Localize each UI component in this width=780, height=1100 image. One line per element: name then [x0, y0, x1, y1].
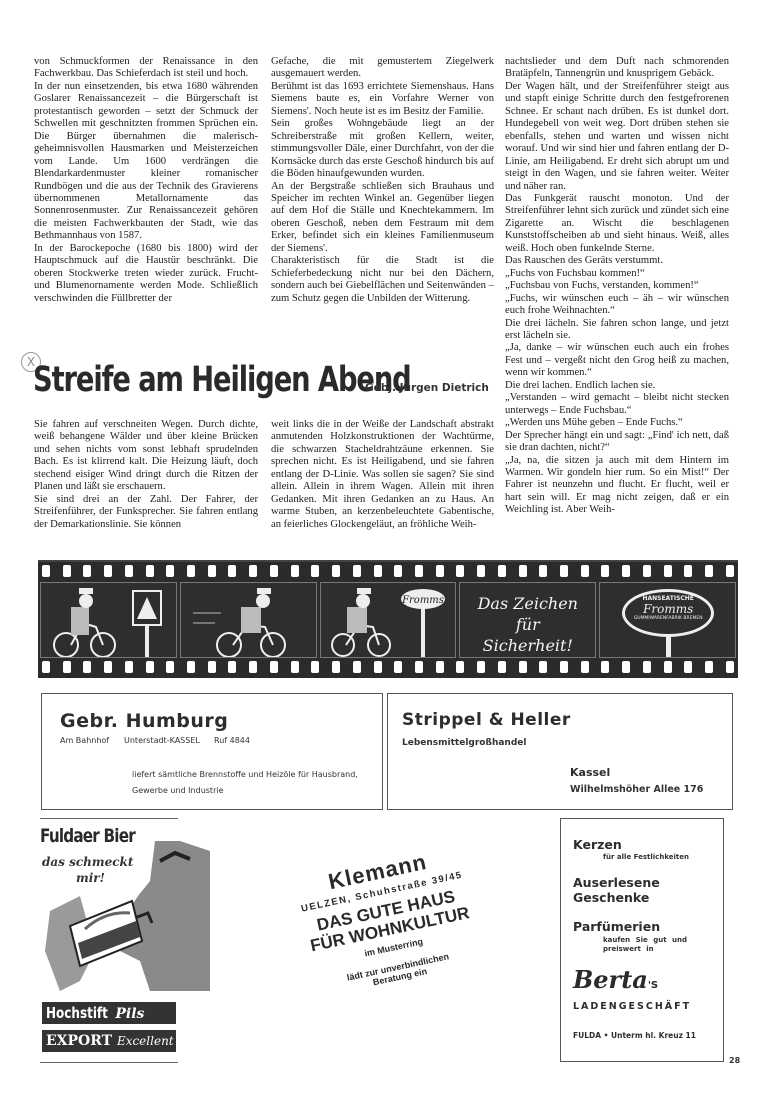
ad-item-1-sub: für alle Festlichkeiten	[603, 853, 689, 861]
paragraph: „Fuchs, wir wünschen euch – äh – wir wün…	[505, 293, 729, 318]
fromms-logo-oval: HANSEATISCHE Fromms GUMMIWARENFABRIK BRE…	[622, 589, 714, 637]
paragraph: Sein großes Wohngebäude liegt an der Sch…	[271, 118, 494, 180]
klemann-ad: Klemann UELZEN, Schuhstraße 39/45 DAS GU…	[218, 818, 548, 1063]
story-byline: Gobj. Jürgen Dietrich	[365, 382, 489, 394]
paragraph: Der Sprecher hängt ein und sagt: „Find' …	[505, 430, 729, 455]
ad-address-2: Unterstadt-KASSEL	[124, 736, 200, 745]
paragraph: nachtslieder und dem Duft nach schmorend…	[505, 56, 729, 81]
cyclist-illustration-icon	[41, 583, 177, 658]
paragraph: Gefache, die mit gemustertem Ziegelwerk …	[271, 56, 494, 81]
ad-description-2: Gewerbe und Industrie	[132, 786, 224, 795]
paragraph: In der Barockepoche (1680 bis 1800) wird…	[34, 243, 258, 305]
cyclist-illustration-icon	[181, 583, 317, 658]
article-column-1: von Schmuckformen der Renaissance in den…	[34, 56, 258, 305]
paragraph: Sie fahren auf verschneiten Wegen. Durch…	[34, 419, 258, 494]
fromms-slogan: Das Zeichen für Sicherheit!	[460, 593, 595, 656]
paragraph: Der Wagen hält, und der Streifenführer s…	[505, 81, 729, 193]
beer-drinker-illustration-icon	[40, 841, 210, 991]
film-sprockets-top	[38, 565, 738, 579]
ad-item-3: Parfümerien	[573, 919, 660, 934]
ad-item-2: Auserlesene Geschenke	[573, 875, 660, 905]
cyclist-illustration-icon: Fromms	[321, 583, 457, 658]
paragraph: Die drei lächeln. Sie fahren schon lange…	[505, 318, 729, 343]
frame-cyclist-riding	[180, 582, 317, 658]
frame-cyclist-warning-sign	[40, 582, 177, 658]
ad-item-1: Kerzen	[573, 837, 622, 852]
page-number: 28	[729, 1056, 740, 1065]
frame-slogan: Das Zeichen für Sicherheit!	[459, 582, 596, 658]
ad-item-3-sub: kaufen Sie gut und preiswert in	[603, 936, 687, 954]
ad-description-1: liefert sämtliche Brennstoffe und Heizöl…	[132, 770, 358, 779]
paragraph: von Schmuckformen der Renaissance in den…	[34, 56, 258, 81]
story-headline: Streife am Heiligen Abend	[33, 360, 411, 400]
export-excellent-band: EXPORT Excellent	[42, 1030, 176, 1052]
ad-company-name: Gebr. Humburg	[60, 710, 228, 732]
paragraph: Berühmt ist das 1693 errichtete Siemensh…	[271, 81, 494, 118]
bertas-ad: Kerzen für alle Festlichkeiten Auserlese…	[560, 818, 724, 1062]
humburg-ad: Gebr. Humburg Am Bahnhof Unterstadt-KASS…	[41, 693, 383, 810]
story-column-2: weit links die in der Weiße der Landscha…	[271, 419, 494, 531]
paragraph: Das Funkgerät rauscht monoton. Und der S…	[505, 193, 729, 255]
paragraph: Das Rauschen des Geräts verstummt.	[505, 255, 729, 267]
story-column-1: Sie fahren auf verschneiten Wegen. Durch…	[34, 419, 258, 531]
paragraph: An der Bergstraße schließen sich Brauhau…	[271, 181, 494, 256]
sign-post	[666, 637, 671, 658]
ad-city: Kassel	[570, 766, 610, 779]
klemann-rotated-block: Klemann UELZEN, Schuhstraße 39/45 DAS GU…	[258, 834, 519, 1006]
paragraph: Sie sind drei an der Zahl. Der Fahrer, d…	[34, 494, 258, 531]
paragraph: „Fuchsbau von Fuchs, verstanden, kommen!…	[505, 280, 729, 292]
ad-phone: Ruf 4844	[214, 736, 250, 745]
ad-store: LADENGESCHÄFT	[573, 1001, 691, 1012]
strippel-heller-ad: Strippel & Heller Lebensmittelgroßhandel…	[387, 693, 733, 810]
ad-street: Wilhelmshöher Allee 176	[570, 784, 703, 795]
story-header: X Streife am Heiligen Abend Gobj. Jürgen…	[33, 358, 733, 408]
ad-address-1: Am Bahnhof	[60, 736, 109, 745]
frame-fromms-logo: HANSEATISCHE Fromms GUMMIWARENFABRIK BRE…	[599, 582, 736, 658]
paragraph: weit links die in der Weiße der Landscha…	[271, 419, 494, 531]
ad-invite-2: Beratung ein	[282, 947, 519, 1007]
paragraph: In der nun einsetzenden, bis etwa 1680 w…	[34, 81, 258, 243]
paragraph: „Werden uns Mühe geben – Ende Fuchs.“	[505, 417, 729, 429]
ad-company-name: Strippel & Heller	[402, 710, 571, 730]
article-column-2: Gefache, die mit gemustertem Ziegelwerk …	[271, 56, 494, 305]
ad-address: FULDA • Unterm hl. Kreuz 11	[573, 1031, 696, 1040]
story-column-3: nachtslieder und dem Duft nach schmorend…	[505, 56, 729, 517]
film-frames: Fromms Das Zeichen für Sicherheit! HANSE…	[40, 582, 736, 658]
fuldaer-bier-ad: Fuldaer Bier das schmeckt mir! Hochstift…	[40, 818, 178, 1063]
paragraph: „Fuchs von Fuchsbau kommen!“	[505, 268, 729, 280]
svg-text:Fromms: Fromms	[401, 595, 444, 606]
ad-trade: Lebensmittelgroßhandel	[402, 738, 526, 748]
fromms-filmstrip-ad: Fromms Das Zeichen für Sicherheit! HANSE…	[38, 560, 738, 678]
berta-logo: Berta'S	[573, 965, 658, 994]
film-sprockets-bottom	[38, 661, 738, 675]
hochstift-pils-band: HochstiftPils	[42, 1002, 176, 1024]
frame-cyclist-fromms-sign: Fromms	[320, 582, 457, 658]
paragraph: „Ja, na, die sitzen ja auch mit dem Hint…	[505, 455, 729, 517]
paragraph: Charakteristisch für die Stadt ist die S…	[271, 255, 494, 305]
